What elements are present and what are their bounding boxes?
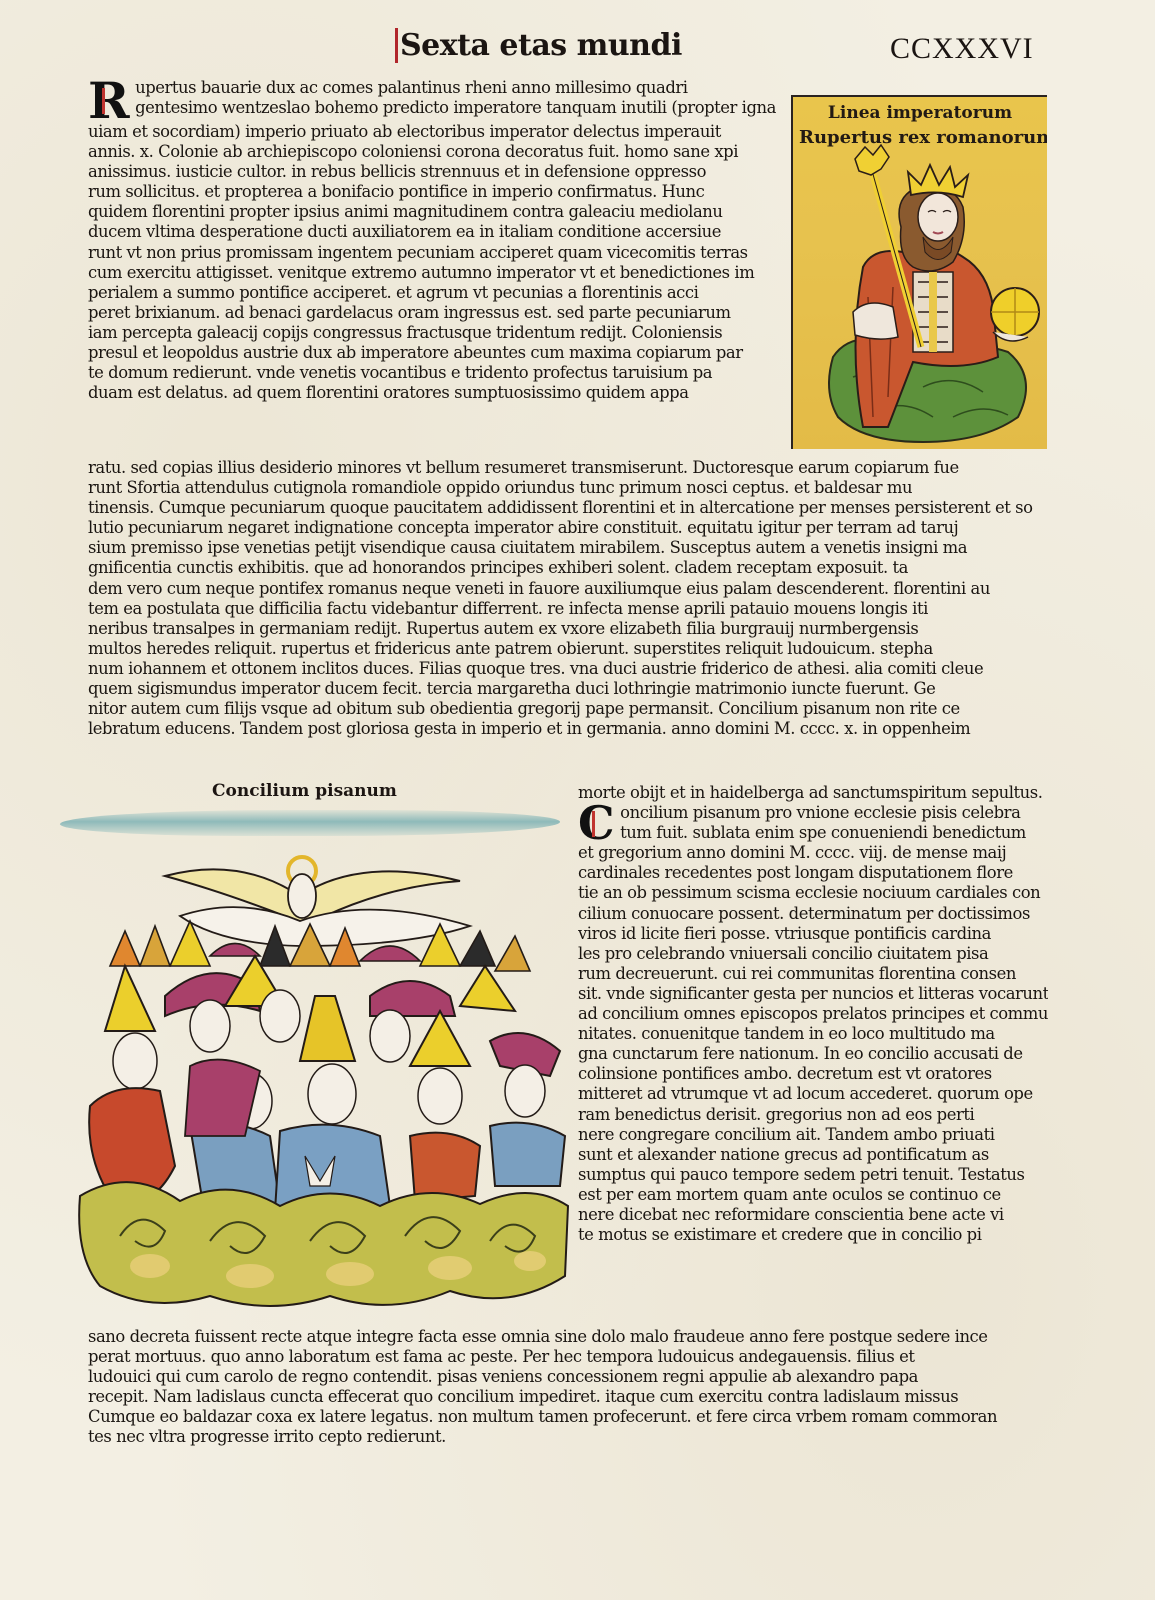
text-line: runt Sfortia attendulus cutignola romand… (88, 478, 1050, 498)
folio-number: CCXXXVI (890, 32, 1034, 66)
text-line: nitates. conuenitque tandem in eo loco m… (578, 1024, 1048, 1044)
text-line: colinsione pontifices ambo. decretum est… (578, 1064, 1048, 1084)
text-line: cardinales recedentes post longam disput… (578, 863, 1048, 883)
council-caption: Concilium pisanum (212, 781, 397, 801)
text-line: quidem florentini propter ipsius animi m… (88, 202, 793, 222)
text-column-full-width: ratu. sed copias illius desiderio minore… (88, 458, 1050, 739)
text-line: gna cunctarum fere nationum. In eo conci… (578, 1044, 1048, 1064)
text-line: upertus bauarie dux ac comes palantinus … (135, 78, 793, 98)
text-column-top: R upertus bauarie dux ac comes palantinu… (88, 78, 793, 403)
page-header: Sexta etas mundi CCXXXVI (0, 26, 1155, 76)
running-head-text: exta etas mundi (421, 28, 682, 63)
text-line: est per eam mortem quam ante oculos se c… (578, 1185, 1048, 1205)
text-line: ad concilium omnes episcopos prelatos pr… (578, 1004, 1048, 1024)
text-line: les pro celebrando vniuersali concilio c… (578, 944, 1048, 964)
text-line: sit. vnde significanter gesta per nuncio… (578, 984, 1048, 1004)
council-of-pisa-woodcut-icon (70, 836, 570, 1326)
text-line: sumptus qui pauco tempore sedem petri te… (578, 1165, 1048, 1185)
text-line: tinensis. Cumque pecuniarum quoque pauci… (88, 498, 1050, 518)
text-line: sano decreta fuissent recte atque integr… (88, 1327, 1050, 1347)
decorated-initial-c: C (578, 803, 614, 843)
text-line: nere congregare concilium ait. Tandem am… (578, 1125, 1048, 1145)
text-line: lebratum educens. Tandem post gloriosa g… (88, 719, 1050, 739)
text-line: cilium conuocare possent. determinatum p… (578, 904, 1048, 924)
text-line: perat mortuus. quo anno laboratum est fa… (88, 1347, 1050, 1367)
text-line: lutio pecuniarum negaret indignatione co… (88, 518, 1050, 538)
text-line: gentesimo wentzeslao bohemo predicto imp… (135, 98, 793, 118)
text-line: et gregorium anno domini M. cccc. viij. … (578, 843, 1048, 863)
text-line: oncilium pisanum pro vnione ecclesie pis… (620, 803, 1048, 823)
text-line: ratu. sed copias illius desiderio minore… (88, 458, 1050, 478)
text-line: nere dicebat nec reformidare conscientia… (578, 1205, 1048, 1225)
text-line: duam est delatus. ad quem florentini ora… (88, 383, 793, 403)
text-column-bottom: sano decreta fuissent recte atque integr… (88, 1327, 1050, 1448)
text-line: iam percepta galeacij copijs congressus … (88, 323, 793, 343)
text-line: dem vero cum neque pontifex romanus nequ… (88, 579, 1050, 599)
text-line: neribus transalpes in germaniam redijt. … (88, 619, 1050, 639)
running-head: Sexta etas mundi (395, 28, 682, 63)
text-line: presul et leopoldus austrie dux ab imper… (88, 343, 793, 363)
text-line: te domum redierunt. vnde venetis vocanti… (88, 363, 793, 383)
text-line: ram benedictus derisit. gregorius non ad… (578, 1105, 1048, 1125)
emperor-portrait-woodcut: Linea imperatorum Rupertus rex romanorum (791, 95, 1047, 449)
text-line: tes nec vltra progresse irrito cepto red… (88, 1427, 1050, 1447)
rubricated-initial: S (395, 28, 421, 63)
text-line: multos heredes reliquit. rupertus et fri… (88, 639, 1050, 659)
text-line: gnificentia cunctis exhibitis. que ad ho… (88, 558, 1050, 578)
emperor-figure-icon (793, 97, 1047, 449)
text-line: te motus se existimare et credere que in… (578, 1225, 1048, 1245)
text-line: nitor autem cum filijs vsque ad obitum s… (88, 699, 1050, 719)
text-line: annis. x. Colonie ab archiepiscopo colon… (88, 142, 793, 162)
decorated-initial-r: R (88, 80, 129, 122)
text-line: uiam et socordiam) imperio priuato ab el… (88, 122, 793, 142)
text-line: anissimus. iusticie cultor. in rebus bel… (88, 162, 793, 182)
text-line: num iohannem et ottonem inclitos duces. … (88, 659, 1050, 679)
text-line: morte obijt et in haidelberga ad sanctum… (578, 783, 1048, 803)
text-line: cum exercitu attigisset. venitque extrem… (88, 263, 793, 283)
text-line: runt vt non prius promissam ingentem pec… (88, 243, 793, 263)
text-line: Cumque eo baldazar coxa ex latere legatu… (88, 1407, 1050, 1427)
text-line: rum decreuerunt. cui rei communitas flor… (578, 964, 1048, 984)
text-line: tum fuit. sublata enim spe conueniendi b… (620, 823, 1048, 843)
text-line: viros id licite fieri posse. vtriusque p… (578, 924, 1048, 944)
text-column-right: morte obijt et in haidelberga ad sanctum… (578, 783, 1048, 1245)
text-line: sium premisso ipse venetias petijt visen… (88, 538, 1050, 558)
text-line: peret brixianum. ad benaci gardelacus or… (88, 303, 793, 323)
text-line: ducem vltima desperatione ducti auxiliat… (88, 222, 793, 242)
text-line: tem ea postulata que difficilia factu vi… (88, 599, 1050, 619)
text-line: rum sollicitus. et propterea a bonifacio… (88, 182, 793, 202)
text-line: ludouici qui cum carolo de regno contend… (88, 1367, 1050, 1387)
text-line: quem sigismundus imperator ducem fecit. … (88, 679, 1050, 699)
text-line: sunt et alexander natione grecus ad pont… (578, 1145, 1048, 1165)
sky-band (60, 810, 560, 836)
text-line: perialem a summo pontifice acciperet. et… (88, 283, 793, 303)
text-line: recepit. Nam ladislaus cuncta effecerat … (88, 1387, 1050, 1407)
text-line: tie an ob pessimum scisma ecclesie nociu… (578, 883, 1048, 903)
text-line: mitteret ad vtrumque vt ad locum acceder… (578, 1084, 1048, 1104)
